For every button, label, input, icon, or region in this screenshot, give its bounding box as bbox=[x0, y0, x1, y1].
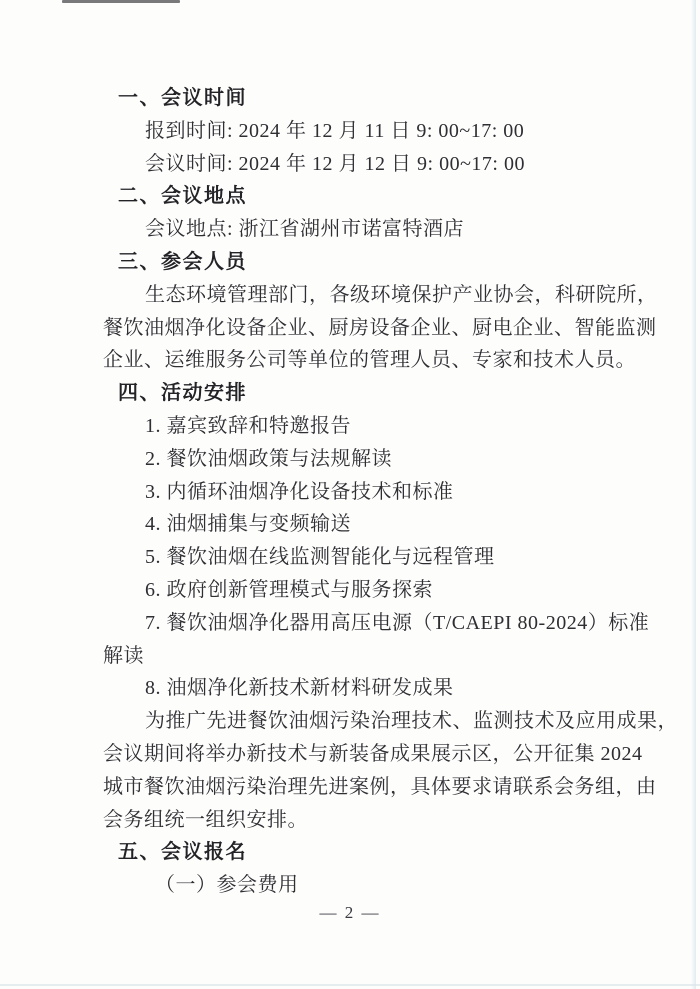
line-agenda-item-2: 2. 餐饮油烟政策与法规解读 bbox=[145, 443, 700, 476]
document-page: 一、会议时间 报到时间: 2024 年 12 月 11 日 9: 00~17: … bbox=[0, 0, 700, 989]
line-fee-subheading: （一）参会费用 bbox=[155, 869, 700, 902]
line-checkin-time: 报到时间: 2024 年 12 月 11 日 9: 00~17: 00 bbox=[145, 115, 700, 148]
line-agenda-item-3: 3. 内循环油烟净化设备技术和标准 bbox=[145, 476, 700, 509]
line-agenda-item-6: 6. 政府创新管理模式与服务探索 bbox=[145, 574, 700, 607]
line-exhibition-4: 会务组统一组织安排。 bbox=[103, 804, 700, 837]
line-agenda-item-5: 5. 餐饮油烟在线监测智能化与远程管理 bbox=[145, 541, 700, 574]
line-participants-3: 企业、运维服务公司等单位的管理人员、专家和技术人员。 bbox=[103, 344, 700, 377]
line-agenda-item-7-continued: 解读 bbox=[103, 640, 700, 673]
document-body: 一、会议时间 报到时间: 2024 年 12 月 11 日 9: 00~17: … bbox=[103, 82, 700, 902]
line-participants-2: 餐饮油烟净化设备企业、厨房设备企业、厨电企业、智能监测 bbox=[103, 312, 700, 345]
line-agenda-item-1: 1. 嘉宾致辞和特邀报告 bbox=[145, 410, 700, 443]
line-agenda-item-7: 7. 餐饮油烟净化器用高压电源（T/CAEPI 80-2024）标准 bbox=[145, 607, 700, 640]
scan-artifact-bottom-edge bbox=[0, 984, 700, 986]
line-venue: 会议地点: 浙江省湖州市诺富特酒店 bbox=[145, 213, 700, 246]
line-exhibition-2: 会议期间将举办新技术与新装备成果展示区，公开征集 2024 bbox=[103, 738, 700, 771]
scan-artifact-top bbox=[62, 0, 180, 3]
section-heading-meeting-time: 一、会议时间 bbox=[118, 82, 700, 115]
line-meeting-time: 会议时间: 2024 年 12 月 12 日 9: 00~17: 00 bbox=[145, 148, 700, 181]
section-heading-participants: 三、参会人员 bbox=[118, 246, 700, 279]
line-exhibition-3: 城市餐饮油烟污染治理先进案例，具体要求请联系会务组，由 bbox=[103, 771, 700, 804]
line-exhibition-1: 为推广先进餐饮油烟污染治理技术、监测技术及应用成果， bbox=[145, 705, 700, 738]
line-participants-1: 生态环境管理部门，各级环境保护产业协会，科研院所， bbox=[145, 279, 700, 312]
line-agenda-item-4: 4. 油烟捕集与变频输送 bbox=[145, 508, 700, 541]
line-agenda-item-8: 8. 油烟净化新技术新材料研发成果 bbox=[145, 672, 700, 705]
page-number: — 2 — bbox=[0, 903, 700, 923]
section-heading-registration: 五、会议报名 bbox=[118, 836, 700, 869]
section-heading-venue: 二、会议地点 bbox=[118, 180, 700, 213]
section-heading-agenda: 四、活动安排 bbox=[118, 377, 700, 410]
